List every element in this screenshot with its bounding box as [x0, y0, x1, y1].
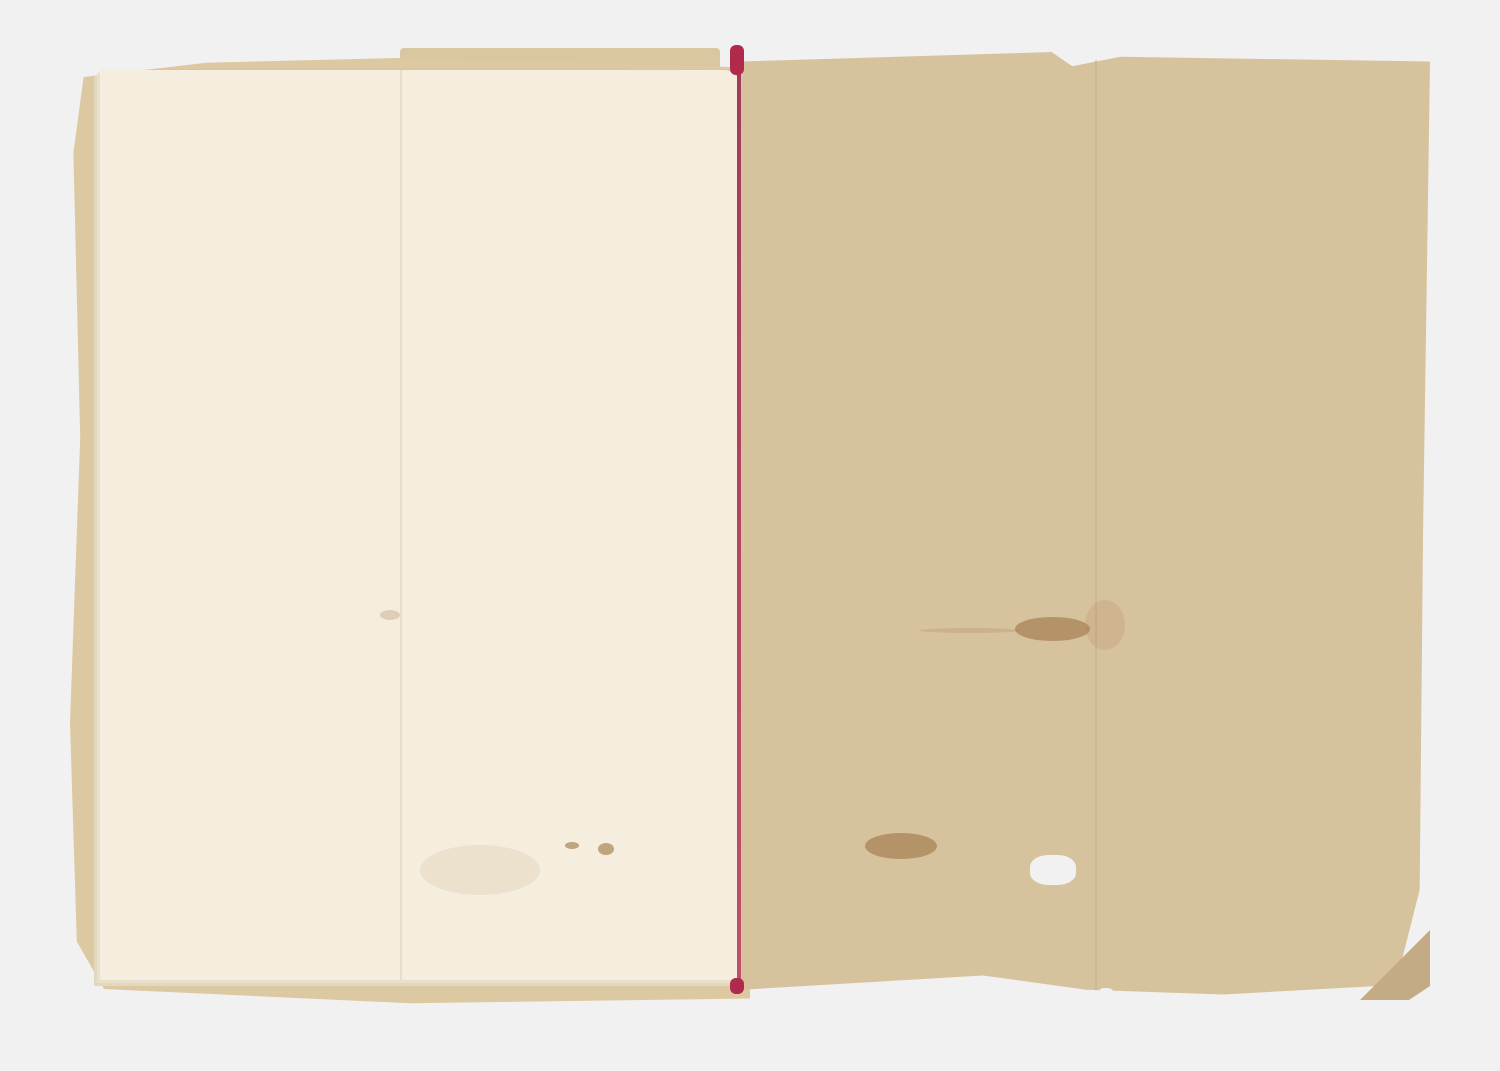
left-page-fold-line [400, 70, 402, 980]
stain [420, 845, 540, 895]
right-cover-page [742, 52, 1430, 1004]
stain [1015, 617, 1090, 641]
stain [1085, 600, 1125, 650]
stain [865, 833, 937, 859]
binding-thread-bottom [730, 978, 744, 994]
paper-tear [1098, 988, 1114, 1002]
stain [598, 843, 614, 855]
stain [920, 628, 1020, 633]
right-page-fold-line [1095, 60, 1097, 990]
stain [380, 610, 400, 620]
binding-thread-top [730, 45, 744, 75]
stain [565, 842, 579, 849]
paper-hole [1030, 855, 1076, 885]
binding-spine [737, 60, 741, 990]
left-blank-page [100, 70, 740, 980]
